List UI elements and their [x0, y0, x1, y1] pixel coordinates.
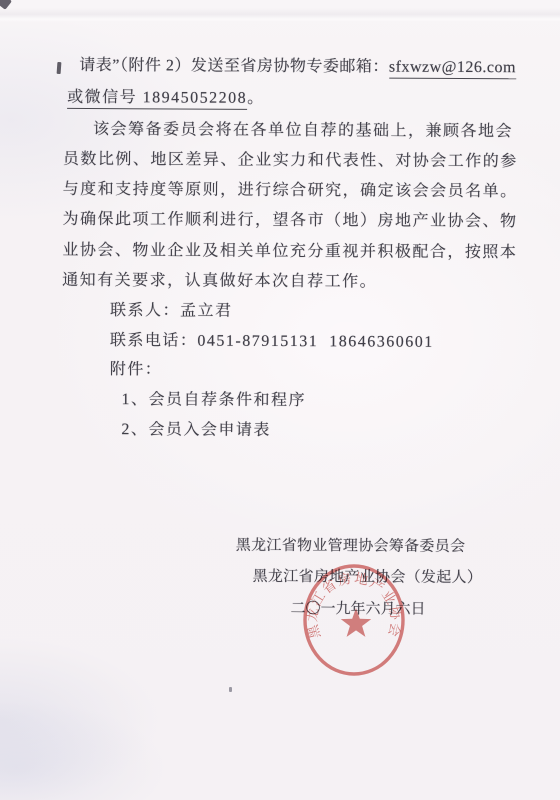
line-attachment-2: 2、会员入会申请表: [121, 415, 271, 446]
paragraph-line: 员数比例、地区差异、企业实力和代表性、对协会工作的参: [63, 145, 518, 177]
paragraph-line: 该会筹备委员会将在各单位自荐的基础上，兼顾各地会: [93, 115, 513, 147]
line-attachment-1: 1、会员自荐条件和程序: [121, 385, 306, 416]
signature-org-2: 黑龙江省房地产业协会（发起人）: [253, 567, 483, 588]
email-line-prefix: 请表”（附件 2）发送至省房协物专委邮箱：: [79, 57, 389, 76]
email-address: sfxwzw@126.com: [389, 59, 516, 79]
signature-date: 二〇一九年六月六日: [290, 599, 425, 620]
letter-body: 请表”（附件 2）发送至省房协物专委邮箱：sfxwzw@126.com 或微信号…: [0, 0, 560, 800]
paragraph-line: 与度和支持度等原则，进行综合研究，确定该会会员名单。: [63, 175, 518, 207]
wechat-line-period: 。: [247, 90, 265, 107]
signature-org-1: 黑龙江省物业管理协会筹备委员会: [236, 536, 466, 557]
paragraph-line: 通知有关要求，认真做好本次自荐工作。: [62, 266, 377, 298]
line-contact-person: 联系人：孟立君: [110, 296, 233, 327]
line-contact-phone: 联系电话：0451-87915131 18646360601: [110, 326, 434, 358]
line-wechat: 或微信号 18945052208。: [67, 83, 265, 114]
line-attachments-label: 附件：: [110, 355, 163, 385]
paragraph-line: 业协会、物业企业及相关单位充分重视并积极配合，按照本: [62, 236, 517, 268]
scanned-letter-page: 请表”（附件 2）发送至省房协物专委邮箱：sfxwzw@126.com 或微信号…: [0, 0, 560, 800]
paragraph-line: 为确保此项工作顺利进行，望各市（地）房地产业协会、物: [62, 205, 517, 237]
line-email: 请表”（附件 2）发送至省房协物专委邮箱：sfxwzw@126.com: [79, 51, 516, 83]
wechat-number: 或微信号 18945052208: [67, 89, 247, 109]
